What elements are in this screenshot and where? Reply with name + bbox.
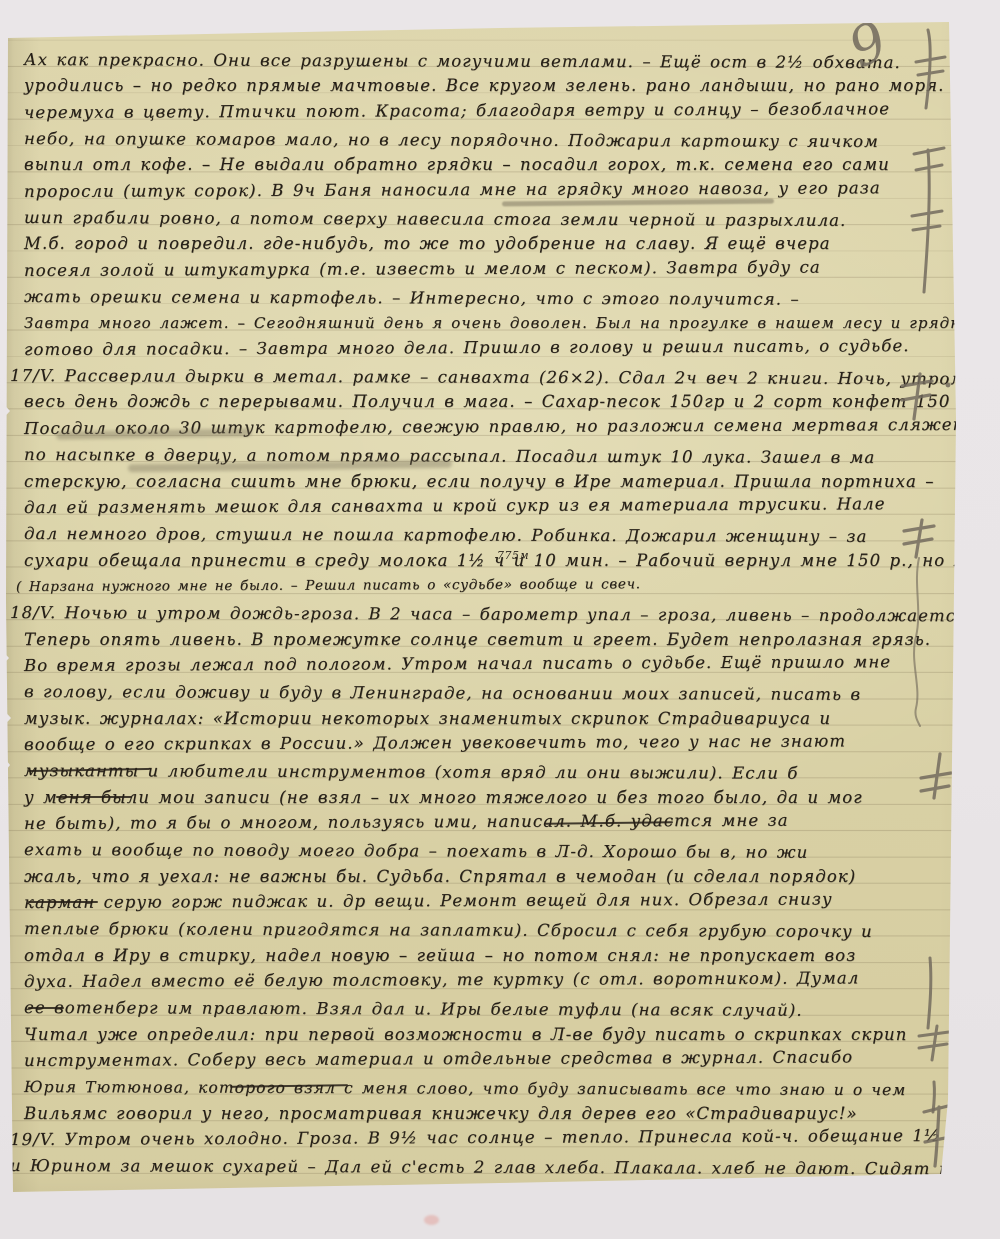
handwritten-line: жать орешки семена и картофель. – Интере… — [24, 284, 949, 314]
handwritten-line: небо, на опушке комаров мало, но в лесу … — [24, 126, 949, 156]
handwritten-line: дал немного дров, стушил не пошла картоф… — [24, 521, 949, 551]
handwritten-line: Во время грозы лежал под пологом. Утром … — [24, 649, 949, 679]
pencil-not-equal-mark-icon — [916, 1024, 952, 1062]
handwritten-line-entry-17V: 17/V. Рассверлил дырки в метал. рамке – … — [10, 363, 949, 393]
pencil-not-equal-mark-icon — [901, 518, 937, 560]
handwritten-line: ехать и вообще по поводу моего добра – п… — [24, 837, 949, 867]
handwritten-line: инструментах. Соберу весь материал и отд… — [24, 1044, 949, 1074]
handwritten-line: готово для посадки. – Завтра много дела.… — [24, 333, 949, 363]
handwritten-line: и Юрином за мешок сухарей – Дал ей с'ест… — [10, 1153, 949, 1183]
handwritten-line-entry-19V: 19/V. Утром очень холодно. Гроза. В 9½ ч… — [10, 1123, 949, 1153]
handwritten-line: проросли (штук сорок). В 9ч Баня наносил… — [24, 175, 949, 205]
handwritten-line: дал ей разменять мешок для санвахта и кр… — [24, 491, 949, 521]
ink-strikethrough — [56, 796, 132, 798]
pencil-tall-not-equal-mark-icon — [912, 26, 948, 112]
ink-strikethrough — [28, 901, 98, 903]
scan-artifact-speck — [424, 1215, 439, 1225]
handwriting-layer: Ах как прекрасно. Они все разрушены с мо… — [24, 47, 949, 1180]
pencil-not-equal-mark-icon — [918, 752, 954, 800]
handwritten-line: Юрия Тютюнова, которого взял с меня слов… — [24, 1074, 949, 1104]
handwritten-line: в голову, если доживу и буду в Ленинград… — [24, 679, 949, 709]
handwritten-line: ее вотенберг им правлают. Взял дал и. Ир… — [24, 995, 949, 1025]
handwritten-line: музыканты и любители инструментов (хотя … — [24, 758, 949, 788]
pencil-not-equal-vertical-mark-icon — [908, 140, 948, 300]
barometer-superscript-note: 775м — [497, 549, 529, 562]
handwritten-line: карман серую горж пиджак и. др вещи. Рем… — [24, 886, 949, 916]
handwritten-line: вообще о его скрипках в России.» Должен … — [24, 728, 949, 758]
diary-paper-sheet: Ах как прекрасно. Они все разрушены с мо… — [0, 0, 1000, 1239]
handwritten-line: духа. Надел вместо её белую толстовку, т… — [24, 965, 949, 995]
pencil-not-equal-mark-icon — [899, 372, 935, 422]
handwritten-line-entry-18V: 18/V. Ночью и утром дождь-гроза. В 2 час… — [10, 600, 949, 630]
handwritten-line: теплые брюки (колени пригодятся на запла… — [24, 916, 949, 946]
handwritten-line: шип грабили ровно, а потом сверху навеси… — [24, 205, 949, 235]
handwritten-line: посеял золой и штукатурка (т.е. известь … — [24, 254, 949, 284]
scanned-diary-page: Ах как прекрасно. Они все разрушены с мо… — [0, 0, 1000, 1239]
paper-edge-notch — [0, 788, 8, 806]
pencil-vertical-stroke-icon — [924, 956, 936, 1030]
handwritten-line: Ах как прекрасно. Они все разрушены с мо… — [24, 47, 949, 77]
handwritten-line: не быть), то я бы о многом, пользуясь им… — [24, 807, 949, 837]
pencil-dot-icon — [944, 381, 952, 389]
paper-crease-line — [905, 556, 931, 728]
handwritten-line: ( Нарзана нужного мне не было. – Решил п… — [16, 570, 949, 600]
handwritten-line: черемуха в цвету. Птички поют. Красота; … — [24, 96, 949, 126]
pencil-seven-mark-icon — [920, 1100, 956, 1170]
ink-strikethrough — [28, 1007, 64, 1009]
